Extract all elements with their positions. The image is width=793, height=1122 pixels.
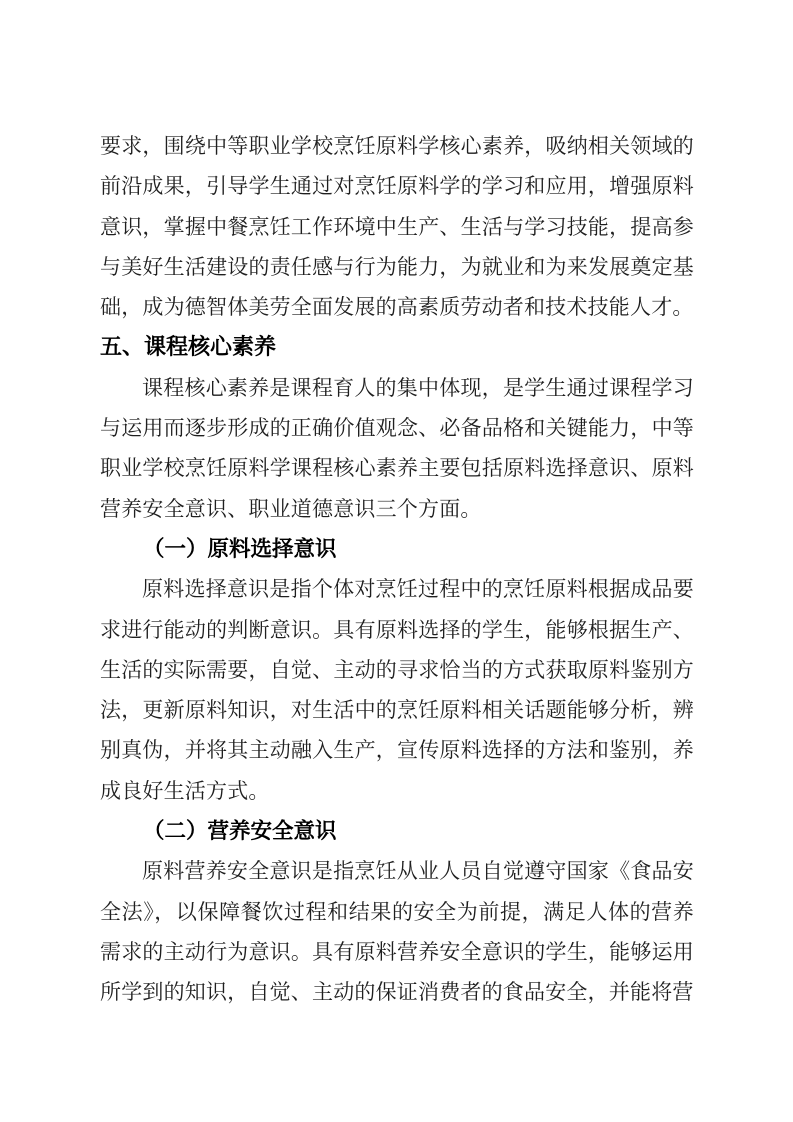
body-paragraph-nutrition-safety: 原料营养安全意识是指烹饪从业人员自觉遵守国家《食品安全法》，以保障餐饮过程和结果… — [100, 851, 694, 1012]
body-paragraph-continuation: 要求，围绕中等职业学校烹饪原料学核心素养，吸纳相关领域的前沿成果，引导学生通过对… — [100, 126, 694, 327]
body-paragraph-core-competency-overview: 课程核心素养是课程育人的集中体现，是学生通过课程学习与运用而逐步形成的正确价值观… — [100, 368, 694, 529]
document-text-block: 要求，围绕中等职业学校烹饪原料学核心素养，吸纳相关领域的前沿成果，引导学生通过对… — [100, 126, 694, 1013]
subsection-heading-nutrition-safety-awareness: （二）营养安全意识 — [100, 811, 694, 851]
body-paragraph-ingredient-selection: 原料选择意识是指个体对烹饪过程中的烹饪原料根据成品要求进行能动的判断意识。具有原… — [100, 569, 694, 811]
document-page: 要求，围绕中等职业学校烹饪原料学核心素养，吸纳相关领域的前沿成果，引导学生通过对… — [0, 0, 793, 1122]
subsection-heading-ingredient-selection-awareness: （一）原料选择意识 — [100, 529, 694, 569]
section-heading-course-core-competency: 五、课程核心素养 — [100, 327, 694, 367]
